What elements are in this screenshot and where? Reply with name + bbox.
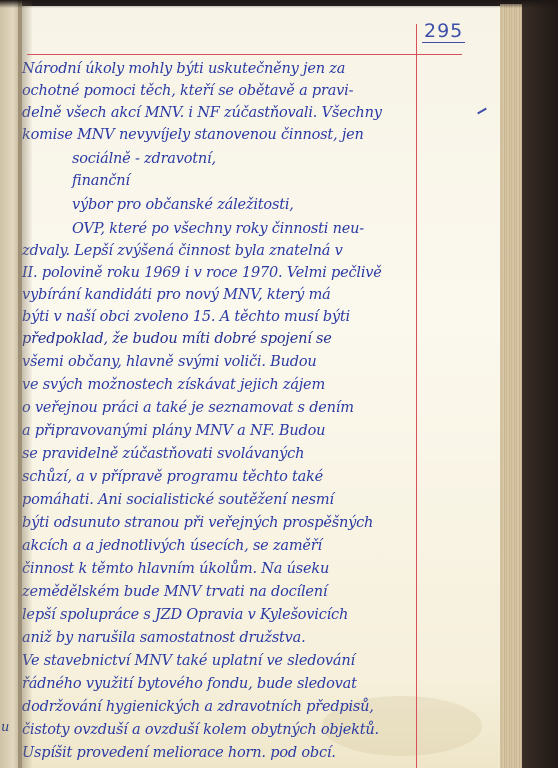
document-page: 295 Národní úkoly mohly býti uskutečněny… (22, 6, 500, 768)
text-line: a připravovanými plány MNV a NF. Budou (22, 423, 325, 439)
text-line: se pravidelně zúčastňovati svolávaných (22, 446, 304, 462)
text-line: ve svých možnostech získávat jejich záje… (22, 377, 325, 393)
text-line: OVP, které po všechny roky činnosti neu- (72, 221, 364, 237)
text-line: delně všech akcí MNV. i NF zúčastňovali.… (22, 105, 382, 121)
text-line: lepší spolupráce s JZD Opravia v Kylešov… (22, 607, 348, 623)
text-line: ochotné pomoci těch, kteří se obětavě a … (22, 83, 353, 99)
page-number: 295 (422, 20, 465, 43)
text-line: komise MNV nevyvíjely stanovenou činnost… (22, 127, 364, 143)
text-line: pomáhati. Ani socialistické soutěžení ne… (22, 492, 334, 508)
book-gutter-shadow (18, 0, 32, 768)
text-line: finanční (72, 173, 130, 189)
book-cover-edge (522, 0, 558, 768)
text-line: II. polovině roku 1969 i v roce 1970. Ve… (22, 265, 382, 281)
text-line: řádného využití bytového fondu, bude sle… (22, 676, 357, 692)
text-line: vybírání kandidáti pro nový MNV, který m… (22, 287, 331, 303)
text-line: akcích a a jednotlivých úsecích, se zamě… (22, 538, 322, 554)
top-margin-line (27, 54, 462, 55)
text-line: o veřejnou práci a také je seznamovat s … (22, 400, 354, 416)
margin-mark (477, 108, 487, 115)
text-line: Ve stavebnictví MNV také uplatní ve sled… (22, 653, 355, 669)
text-line: zdvaly. Lepší zvýšená činnost byla znate… (22, 243, 343, 259)
text-line: dodržování hygienických a zdravotních př… (22, 699, 374, 715)
text-line: předpoklad, že budou míti dobré spojení … (22, 331, 332, 347)
facing-page-fragment: u (1, 720, 9, 735)
stacked-page-edges (500, 4, 522, 768)
text-line: sociálně - zdravotní, (72, 151, 216, 167)
text-line: zemědělském bude MNV trvati na docílení (22, 584, 327, 600)
text-line: výbor pro občanské záležitosti, (72, 197, 294, 213)
text-line: Národní úkoly mohly býti uskutečněny jen… (22, 61, 345, 77)
text-line: býti odsunuto stranou při veřejných pros… (22, 515, 373, 531)
text-line: schůzí, a v přípravě programu těchto tak… (22, 469, 323, 485)
right-margin-line (416, 24, 417, 768)
text-line: čistoty ovzduší a ovzduší kolem obytných… (22, 722, 379, 738)
text-line: Uspíšit provedení meliorace horn. pod ob… (22, 745, 336, 761)
text-line: činnost k těmto hlavním úkolům. Na úseku (22, 561, 329, 577)
text-line: všemi občany, hlavně svými voliči. Budou (22, 354, 317, 370)
text-line: býti v naší obci zvoleno 15. A těchto mu… (22, 309, 350, 325)
text-line: aniž by narušila samostatnost družstva. (22, 630, 306, 646)
top-shadow (0, 0, 558, 8)
